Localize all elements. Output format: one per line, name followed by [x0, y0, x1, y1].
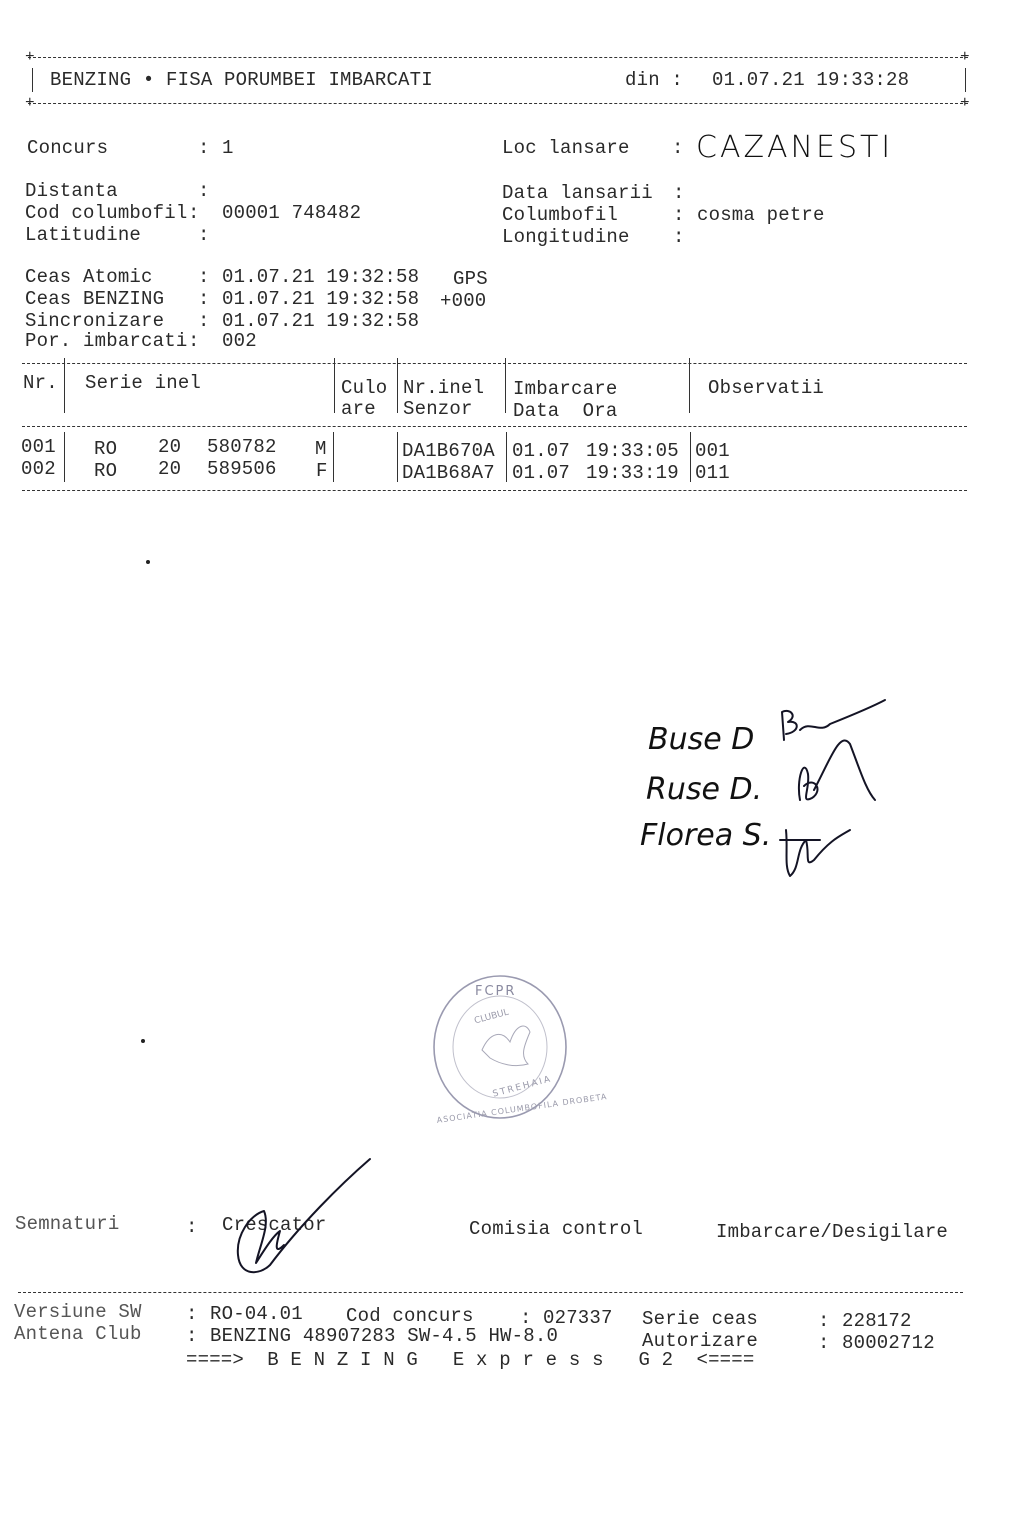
colon: : [188, 330, 200, 352]
ceas-atomic-value: 01.07.21 19:32:58 [222, 266, 419, 288]
cell-data: 01.07 [512, 440, 570, 462]
por-imbarcati-value: 002 [222, 330, 257, 352]
colon: : [186, 1325, 198, 1347]
header-bottom-border [28, 103, 968, 104]
commission-name: Buse D [648, 722, 754, 757]
longitudine-label: Longitudine [502, 226, 630, 248]
loc-lansare-value-handwritten: CAZANESTI [696, 130, 893, 165]
cell-obs: 011 [695, 462, 730, 484]
col-divider [333, 432, 334, 482]
columbofil-value: cosma petre [697, 204, 825, 226]
sincronizare-value: 01.07.21 19:32:58 [222, 310, 419, 332]
corner-plus: + [25, 92, 35, 114]
club-stamp: FCPR CLUBUL STREHAIA ASOCIATIA COLUMBOFI… [430, 972, 570, 1122]
col-divider [334, 358, 335, 413]
cell-nr: 002 [21, 458, 56, 480]
data-lansarii-label: Data lansarii [502, 182, 653, 204]
data-lansarii-colon: : [673, 182, 685, 204]
col-divider [689, 358, 690, 413]
benzing-express-banner: ====> B E N Z I N G E x p r e s s G 2 <=… [186, 1349, 755, 1371]
cell-serie: 589506 [207, 458, 277, 480]
corner-plus: + [960, 46, 970, 68]
cell-senzor: DA1B670A [402, 440, 495, 462]
concurs-label: Concurs [27, 137, 108, 159]
serie-ceas-value: 228172 [842, 1310, 912, 1332]
col-divider [64, 432, 65, 482]
semnaturi-colon: : [186, 1216, 198, 1238]
autorizare-value: 80002712 [842, 1332, 935, 1354]
th-culoare-2: are [341, 398, 376, 420]
latitudine-colon: : [198, 224, 210, 246]
comisia-control-label: Comisia control [469, 1218, 643, 1240]
latitudine-label: Latitudine [25, 224, 141, 246]
ceas-benzing-suffix: +000 [440, 290, 486, 312]
table-top-border [22, 363, 967, 364]
ceas-atomic-suffix: GPS [453, 268, 488, 290]
cell-nr: 001 [21, 436, 56, 458]
antena-club-label: Antena Club [14, 1323, 142, 1345]
th-observatii: Observatii [708, 377, 824, 399]
ceas-atomic-label: Ceas Atomic [25, 266, 153, 288]
cell-serie: 580782 [207, 436, 277, 458]
scan-speck [141, 1039, 145, 1043]
table-header-separator [22, 426, 967, 427]
loc-lansare-colon: : [672, 137, 684, 159]
commission-name: Florea S. [640, 818, 771, 853]
cell-ora: 19:33:19 [586, 462, 679, 484]
col-divider [690, 432, 691, 482]
header-left-border [32, 68, 33, 92]
document-title: BENZING • FISA PORUMBEI IMBARCATI [50, 69, 433, 91]
serie-ceas-label: Serie ceas [642, 1308, 758, 1330]
th-culoare-1: Culo [341, 377, 387, 399]
cell-obs: 001 [695, 440, 730, 462]
cell-senzor: DA1B68A7 [402, 462, 495, 484]
th-imbarcare-1: Imbarcare [513, 378, 617, 400]
corner-plus: + [960, 92, 970, 114]
colon: : [198, 266, 210, 288]
concurs-colon: : [198, 137, 221, 159]
header-date-value: 01.07.21 19:33:28 [712, 69, 909, 91]
commission-name: Ruse D. [646, 772, 762, 807]
scan-speck [146, 560, 150, 564]
th-serie-inel: Serie inel [85, 372, 201, 394]
corner-plus: + [25, 46, 35, 68]
table-bottom-border [22, 490, 967, 491]
loc-lansare-label: Loc lansare [502, 137, 630, 159]
col-divider [64, 358, 65, 413]
columbofil-label: Columbofil [502, 204, 618, 226]
cod-columbofil-colon: : [188, 202, 200, 224]
concurs-value: 1 [222, 137, 234, 159]
commission-signature-scribbles [770, 690, 900, 890]
cell-tara: RO [94, 438, 117, 460]
col-divider [397, 432, 398, 482]
ceas-benzing-value: 01.07.21 19:32:58 [222, 288, 419, 310]
cell-an: 20 [158, 458, 181, 480]
header-date-label: din : [625, 69, 683, 91]
colon: : [818, 1310, 830, 1332]
ceas-benzing-label: Ceas BENZING [25, 288, 164, 310]
semnaturi-label: Semnaturi [15, 1213, 119, 1235]
cell-sex: F [316, 460, 328, 482]
colon: : [818, 1332, 830, 1354]
header-right-border [965, 68, 966, 92]
cell-tara: RO [94, 460, 117, 482]
colon: : [198, 288, 210, 310]
crescator-signature [230, 1155, 380, 1280]
col-divider [506, 432, 507, 482]
columbofil-colon: : [673, 204, 685, 226]
th-nr-inel-2: Senzor [403, 398, 473, 420]
versiune-sw-value: RO-04.01 [210, 1303, 303, 1325]
stamp-top-text: FCPR [475, 984, 516, 999]
cod-columbofil-label: Cod columbofil [25, 202, 187, 224]
cod-columbofil-value: 00001 748482 [222, 202, 361, 224]
footer-separator [18, 1292, 963, 1293]
cell-sex: M [315, 438, 327, 460]
imbarcare-desigilare-label: Imbarcare/Desigilare [716, 1221, 948, 1243]
sincronizare-label: Sincronizare [25, 310, 164, 332]
antena-club-value: BENZING 48907283 SW-4.5 HW-8.0 [210, 1325, 558, 1347]
distanta-colon: : [198, 180, 210, 202]
cell-data: 01.07 [512, 462, 570, 484]
header-top-border [28, 57, 968, 58]
cell-an: 20 [158, 436, 181, 458]
longitudine-colon: : [673, 226, 685, 248]
th-imbarcare-2: Data Ora [513, 400, 617, 422]
versiune-sw-label: Versiune SW [14, 1301, 142, 1323]
cod-concurs-label: Cod concurs [346, 1305, 474, 1327]
por-imbarcati-label: Por. imbarcati [25, 330, 187, 352]
colon: : [198, 310, 210, 332]
th-nr: Nr. [23, 372, 58, 394]
th-nr-inel-1: Nr.inel [403, 377, 484, 399]
cell-ora: 19:33:05 [586, 440, 679, 462]
colon: : [186, 1303, 198, 1325]
distanta-label: Distanta [25, 180, 118, 202]
col-divider [397, 358, 398, 413]
col-divider [505, 358, 506, 413]
